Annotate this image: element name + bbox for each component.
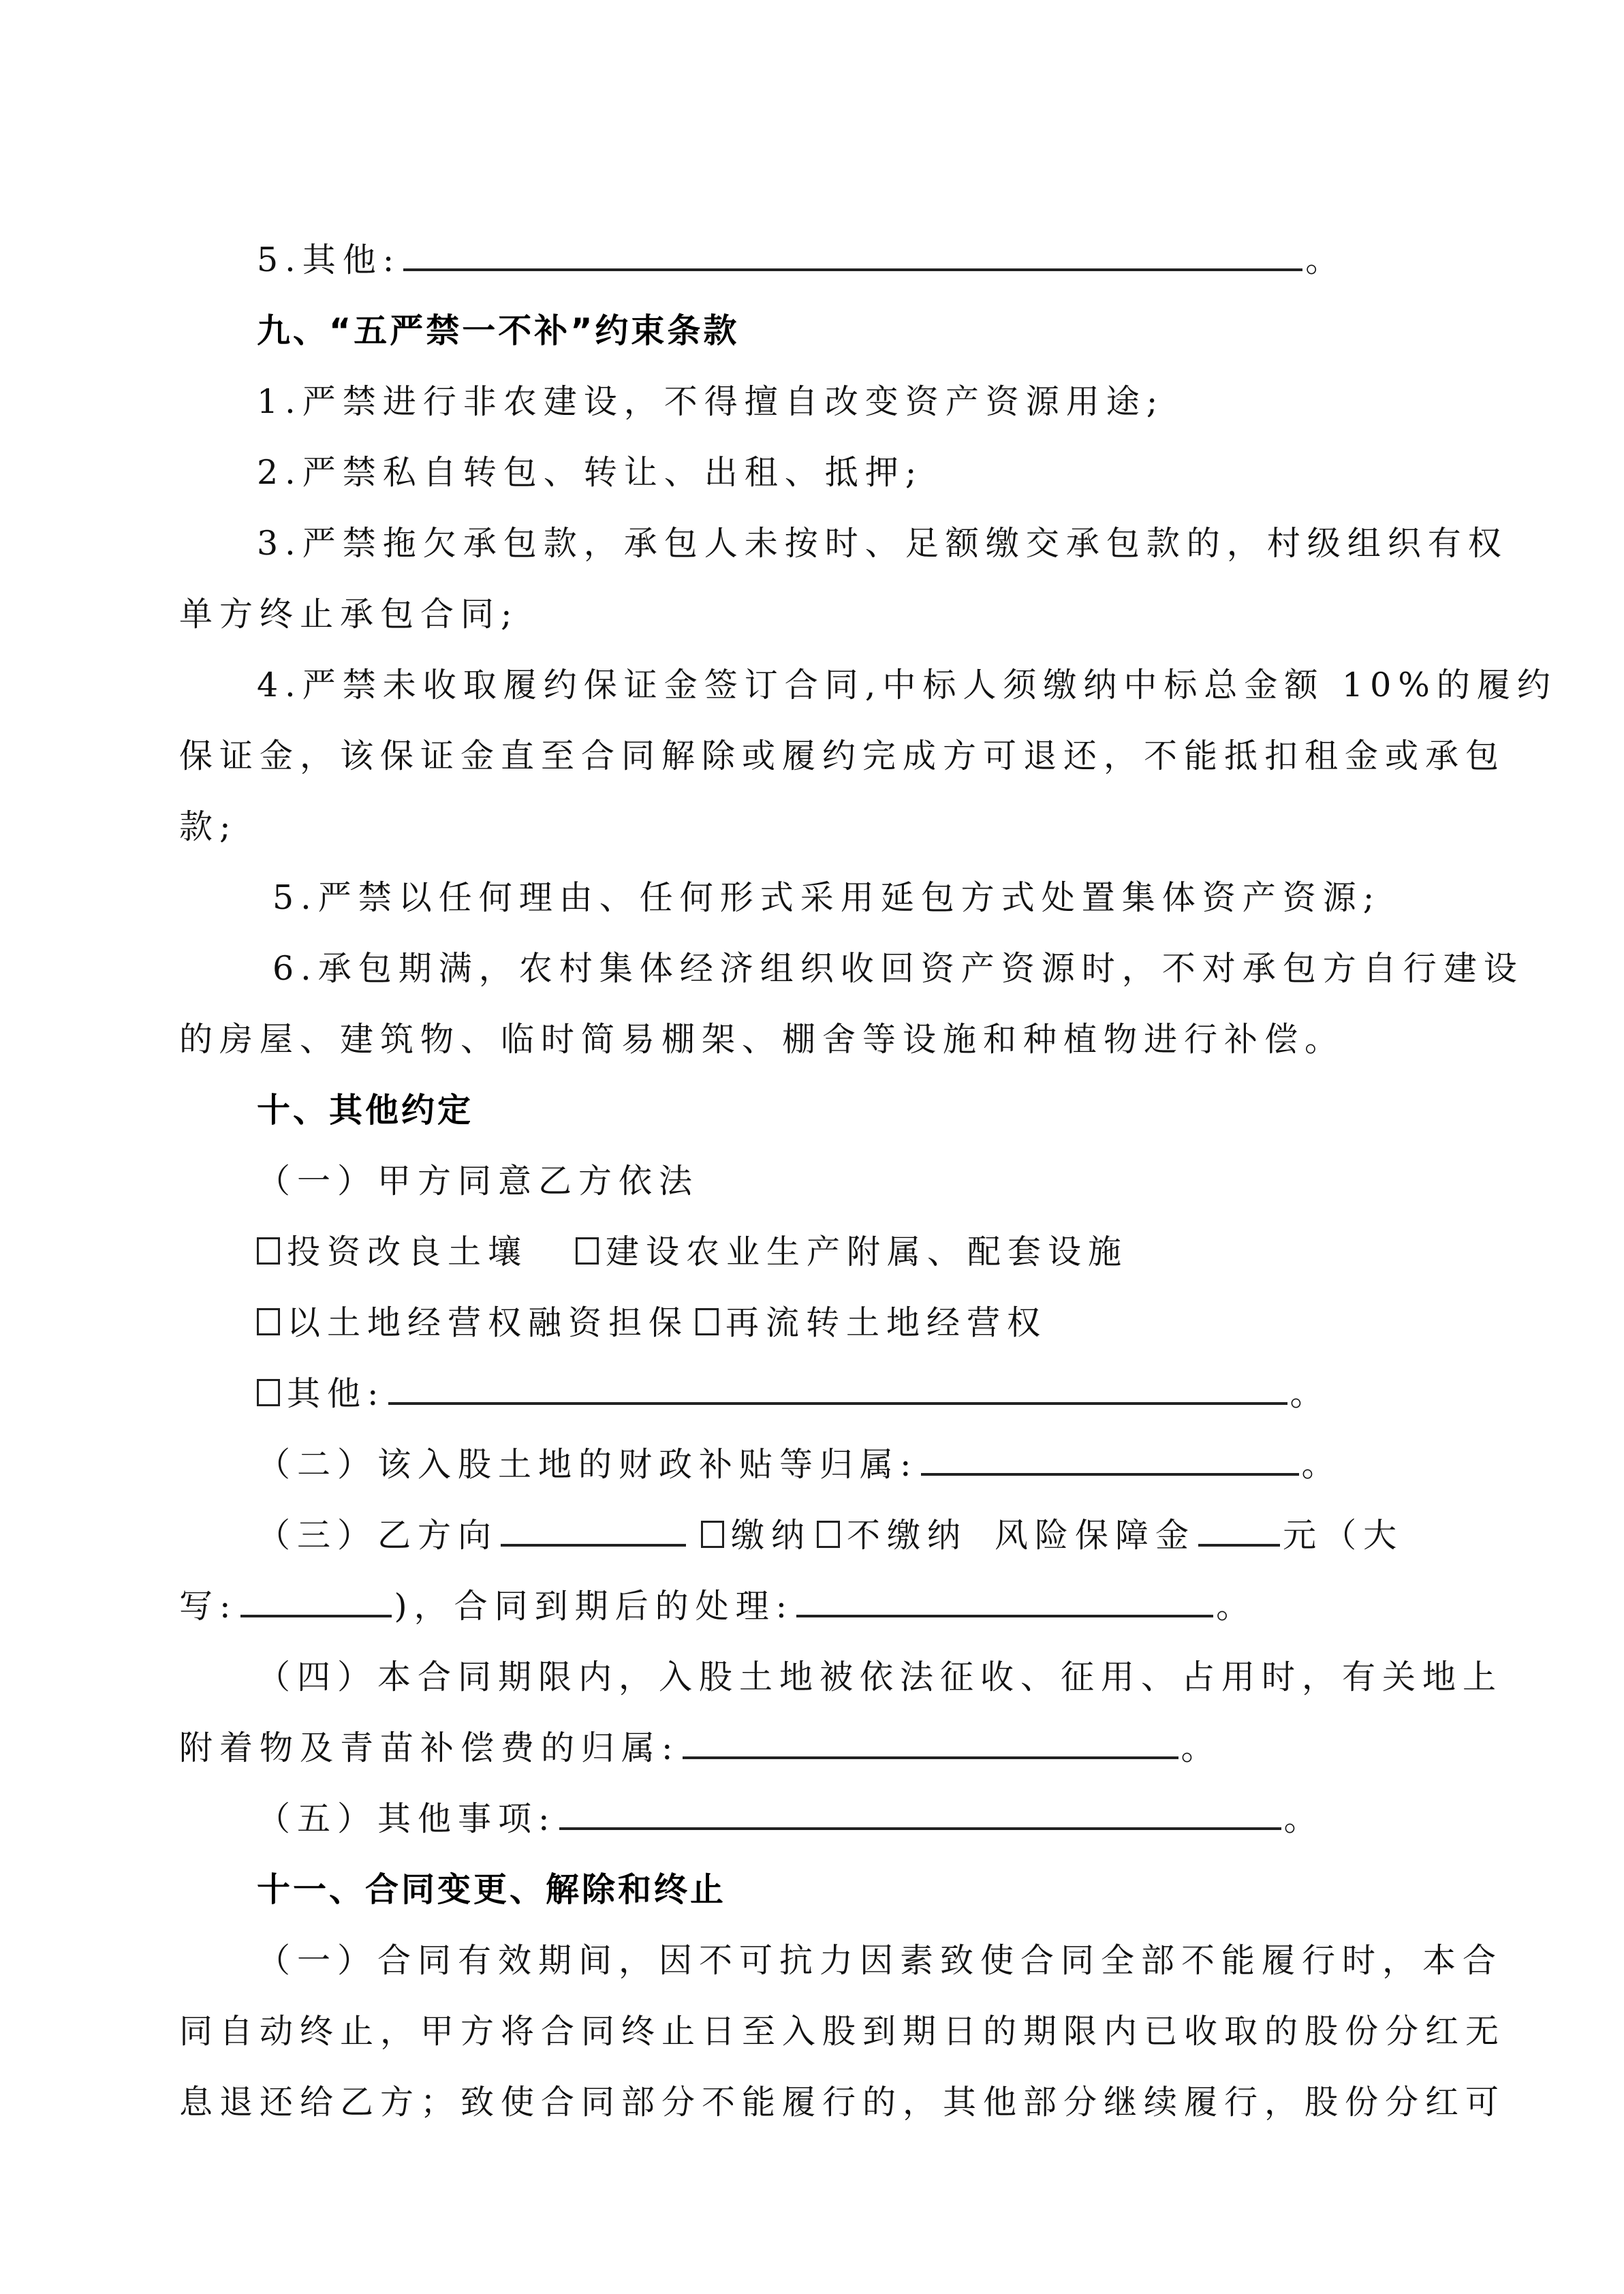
fill-in-blank[interactable] bbox=[921, 1446, 1299, 1476]
paragraph-line: 附着物及青苗补偿费的归属:。 bbox=[179, 1713, 1215, 1784]
line-text: （一）甲方同意乙方依法 bbox=[257, 1146, 699, 1217]
line-text: 元（大 bbox=[1283, 1500, 1403, 1571]
line-text: （二）该入股土地的财政补贴等归属: bbox=[257, 1429, 918, 1500]
fill-in-blank[interactable] bbox=[240, 1587, 392, 1617]
fill-in-blank[interactable] bbox=[403, 241, 1302, 271]
line-text: （三）乙方向 bbox=[257, 1500, 498, 1571]
paragraph-line: （一）合同有效期间，因不可抗力因素致使合同全部不能履行时，本合 bbox=[257, 1925, 1444, 1996]
line-text: （一）合同有效期间，因不可抗力因素致使合同全部不能履行时，本合 bbox=[257, 1925, 1503, 1996]
line-text: 再流转土地经营权 bbox=[725, 1288, 1047, 1359]
checkbox-pay[interactable] bbox=[701, 1521, 724, 1548]
paragraph-line: 单方终止承包合同; bbox=[179, 579, 519, 650]
line-text: 缴纳 bbox=[731, 1500, 811, 1571]
line-text: 投资改良土壤 bbox=[287, 1217, 528, 1288]
fill-in-blank[interactable] bbox=[796, 1587, 1213, 1617]
line-text: 九、“五严禁一不补”约束条款 bbox=[257, 296, 739, 367]
line-text: 同自动终止，甲方将合同终止日至入股到期日的期限内已收取的股份分红无 bbox=[179, 1996, 1505, 2067]
paragraph-line: 投资改良土壤建设农业生产附属、配套设施 bbox=[257, 1217, 1128, 1288]
line-text: 。 bbox=[1216, 1571, 1249, 1642]
paragraph-line: 以土地经营权融资担保再流转土地经营权 bbox=[257, 1288, 1047, 1359]
line-text: 十一、合同变更、解除和终止 bbox=[257, 1855, 726, 1925]
fill-in-blank[interactable] bbox=[388, 1375, 1287, 1405]
line-text: 风险保障金 bbox=[995, 1500, 1196, 1571]
line-text: 。 bbox=[1302, 1429, 1335, 1500]
checkbox-not-pay[interactable] bbox=[817, 1521, 840, 1548]
checkbox-land-financing[interactable] bbox=[257, 1308, 280, 1335]
line-text: 1.严禁进行非农建设，不得擅自改变资产资源用途; bbox=[257, 367, 1164, 437]
paragraph-line: 5.严禁以任何理由、任何形式采用延包方式处置集体资产资源; bbox=[272, 863, 1381, 933]
paragraph-line: （三）乙方向缴纳不缴纳风险保障金元（大 bbox=[257, 1500, 1403, 1571]
fill-in-blank[interactable] bbox=[559, 1800, 1281, 1830]
paragraph-line: 写:)，合同到期后的处理:。 bbox=[179, 1571, 1249, 1642]
paragraph-line: 保证金，该保证金直至合同解除或履约完成方可退还，不能抵扣租金或承包 bbox=[179, 721, 1444, 792]
paragraph-line: 息退还给乙方；致使合同部分不能履行的，其他部分继续履行，股份分红可 bbox=[179, 2067, 1444, 2138]
line-text: 保证金，该保证金直至合同解除或履约完成方可退还，不能抵扣租金或承包 bbox=[179, 721, 1505, 792]
fill-in-blank[interactable] bbox=[1198, 1517, 1280, 1547]
line-text: （四）本合同期限内，入股土地被依法征收、征用、占用时，有关地上 bbox=[257, 1642, 1503, 1713]
paragraph-line: 同自动终止，甲方将合同终止日至入股到期日的期限内已收取的股份分红无 bbox=[179, 1996, 1444, 2067]
line-text: 。 bbox=[1290, 1359, 1324, 1429]
line-text: 2.严禁私自转包、转让、出租、抵押; bbox=[257, 437, 923, 508]
line-text: 5.其他: bbox=[257, 225, 401, 296]
section-heading: 十一、合同变更、解除和终止 bbox=[257, 1855, 726, 1925]
line-text: 单方终止承包合同; bbox=[179, 579, 519, 650]
section-heading: 九、“五严禁一不补”约束条款 bbox=[257, 296, 739, 367]
line-text: 。 bbox=[1284, 1784, 1317, 1855]
paragraph-line: 的房屋、建筑物、临时简易棚架、棚舍等设施和种植物进行补偿。 bbox=[179, 1004, 1345, 1075]
line-text: 。 bbox=[1181, 1713, 1215, 1784]
line-text: 写: bbox=[179, 1571, 238, 1642]
fill-in-blank[interactable] bbox=[501, 1517, 686, 1547]
line-text: 6.承包期满，农村集体经济组织收回资产资源时，不对承包方自行建设 bbox=[272, 933, 1524, 1004]
line-text: 不缴纳 bbox=[847, 1500, 967, 1571]
paragraph-line: 1.严禁进行非农建设，不得擅自改变资产资源用途; bbox=[257, 367, 1164, 437]
document-page: 5.其他:。九、“五严禁一不补”约束条款1.严禁进行非农建设，不得擅自改变资产资… bbox=[0, 0, 1624, 2294]
paragraph-line: 6.承包期满，农村集体经济组织收回资产资源时，不对承包方自行建设 bbox=[272, 933, 1444, 1004]
line-text: 息退还给乙方；致使合同部分不能履行的，其他部分继续履行，股份分红可 bbox=[179, 2067, 1505, 2138]
paragraph-line: 5.其他:。 bbox=[257, 225, 1306, 296]
paragraph-line: （一）甲方同意乙方依法 bbox=[257, 1146, 699, 1217]
paragraph-line: （五）其他事项:。 bbox=[257, 1784, 1317, 1855]
paragraph-line: 其他:。 bbox=[257, 1359, 1324, 1429]
line-text: 3.严禁拖欠承包款，承包人未按时、足额缴交承包款的，村级组织有权 bbox=[257, 508, 1508, 579]
line-text: （五）其他事项: bbox=[257, 1784, 557, 1855]
fill-in-blank[interactable] bbox=[683, 1729, 1178, 1759]
paragraph-line: （四）本合同期限内，入股土地被依法征收、征用、占用时，有关地上 bbox=[257, 1642, 1444, 1713]
line-text: 的房屋、建筑物、临时简易棚架、棚舍等设施和种植物进行补偿。 bbox=[179, 1004, 1345, 1075]
checkbox-re-transfer[interactable] bbox=[696, 1308, 719, 1335]
line-text: )，合同到期后的处理: bbox=[394, 1571, 794, 1642]
paragraph-line: 3.严禁拖欠承包款，承包人未按时、足额缴交承包款的，村级组织有权 bbox=[257, 508, 1444, 579]
line-text: 建设农业生产附属、配套设施 bbox=[606, 1217, 1128, 1288]
line-text: 。 bbox=[1305, 225, 1339, 296]
line-text: 5.严禁以任何理由、任何形式采用延包方式处置集体资产资源; bbox=[272, 863, 1381, 933]
line-text: 4.严禁未收取履约保证金签订合同,中标人须缴纳中标总金额 10%的履约 bbox=[257, 650, 1557, 721]
line-text: 以土地经营权融资担保 bbox=[287, 1288, 689, 1359]
paragraph-line: 款; bbox=[179, 792, 238, 863]
line-text: 款; bbox=[179, 792, 238, 863]
line-text: 十、其他约定 bbox=[257, 1075, 473, 1146]
line-text: 其他: bbox=[287, 1359, 386, 1429]
checkbox-other[interactable] bbox=[257, 1379, 280, 1406]
paragraph-line: 4.严禁未收取履约保证金签订合同,中标人须缴纳中标总金额 10%的履约 bbox=[257, 650, 1444, 721]
checkbox-agri-facilities[interactable] bbox=[576, 1237, 599, 1265]
checkbox-soil-improvement[interactable] bbox=[257, 1237, 280, 1265]
section-heading: 十、其他约定 bbox=[257, 1075, 473, 1146]
paragraph-line: 2.严禁私自转包、转让、出租、抵押; bbox=[257, 437, 923, 508]
line-text: 附着物及青苗补偿费的归属: bbox=[179, 1713, 680, 1784]
paragraph-line: （二）该入股土地的财政补贴等归属:。 bbox=[257, 1429, 1335, 1500]
